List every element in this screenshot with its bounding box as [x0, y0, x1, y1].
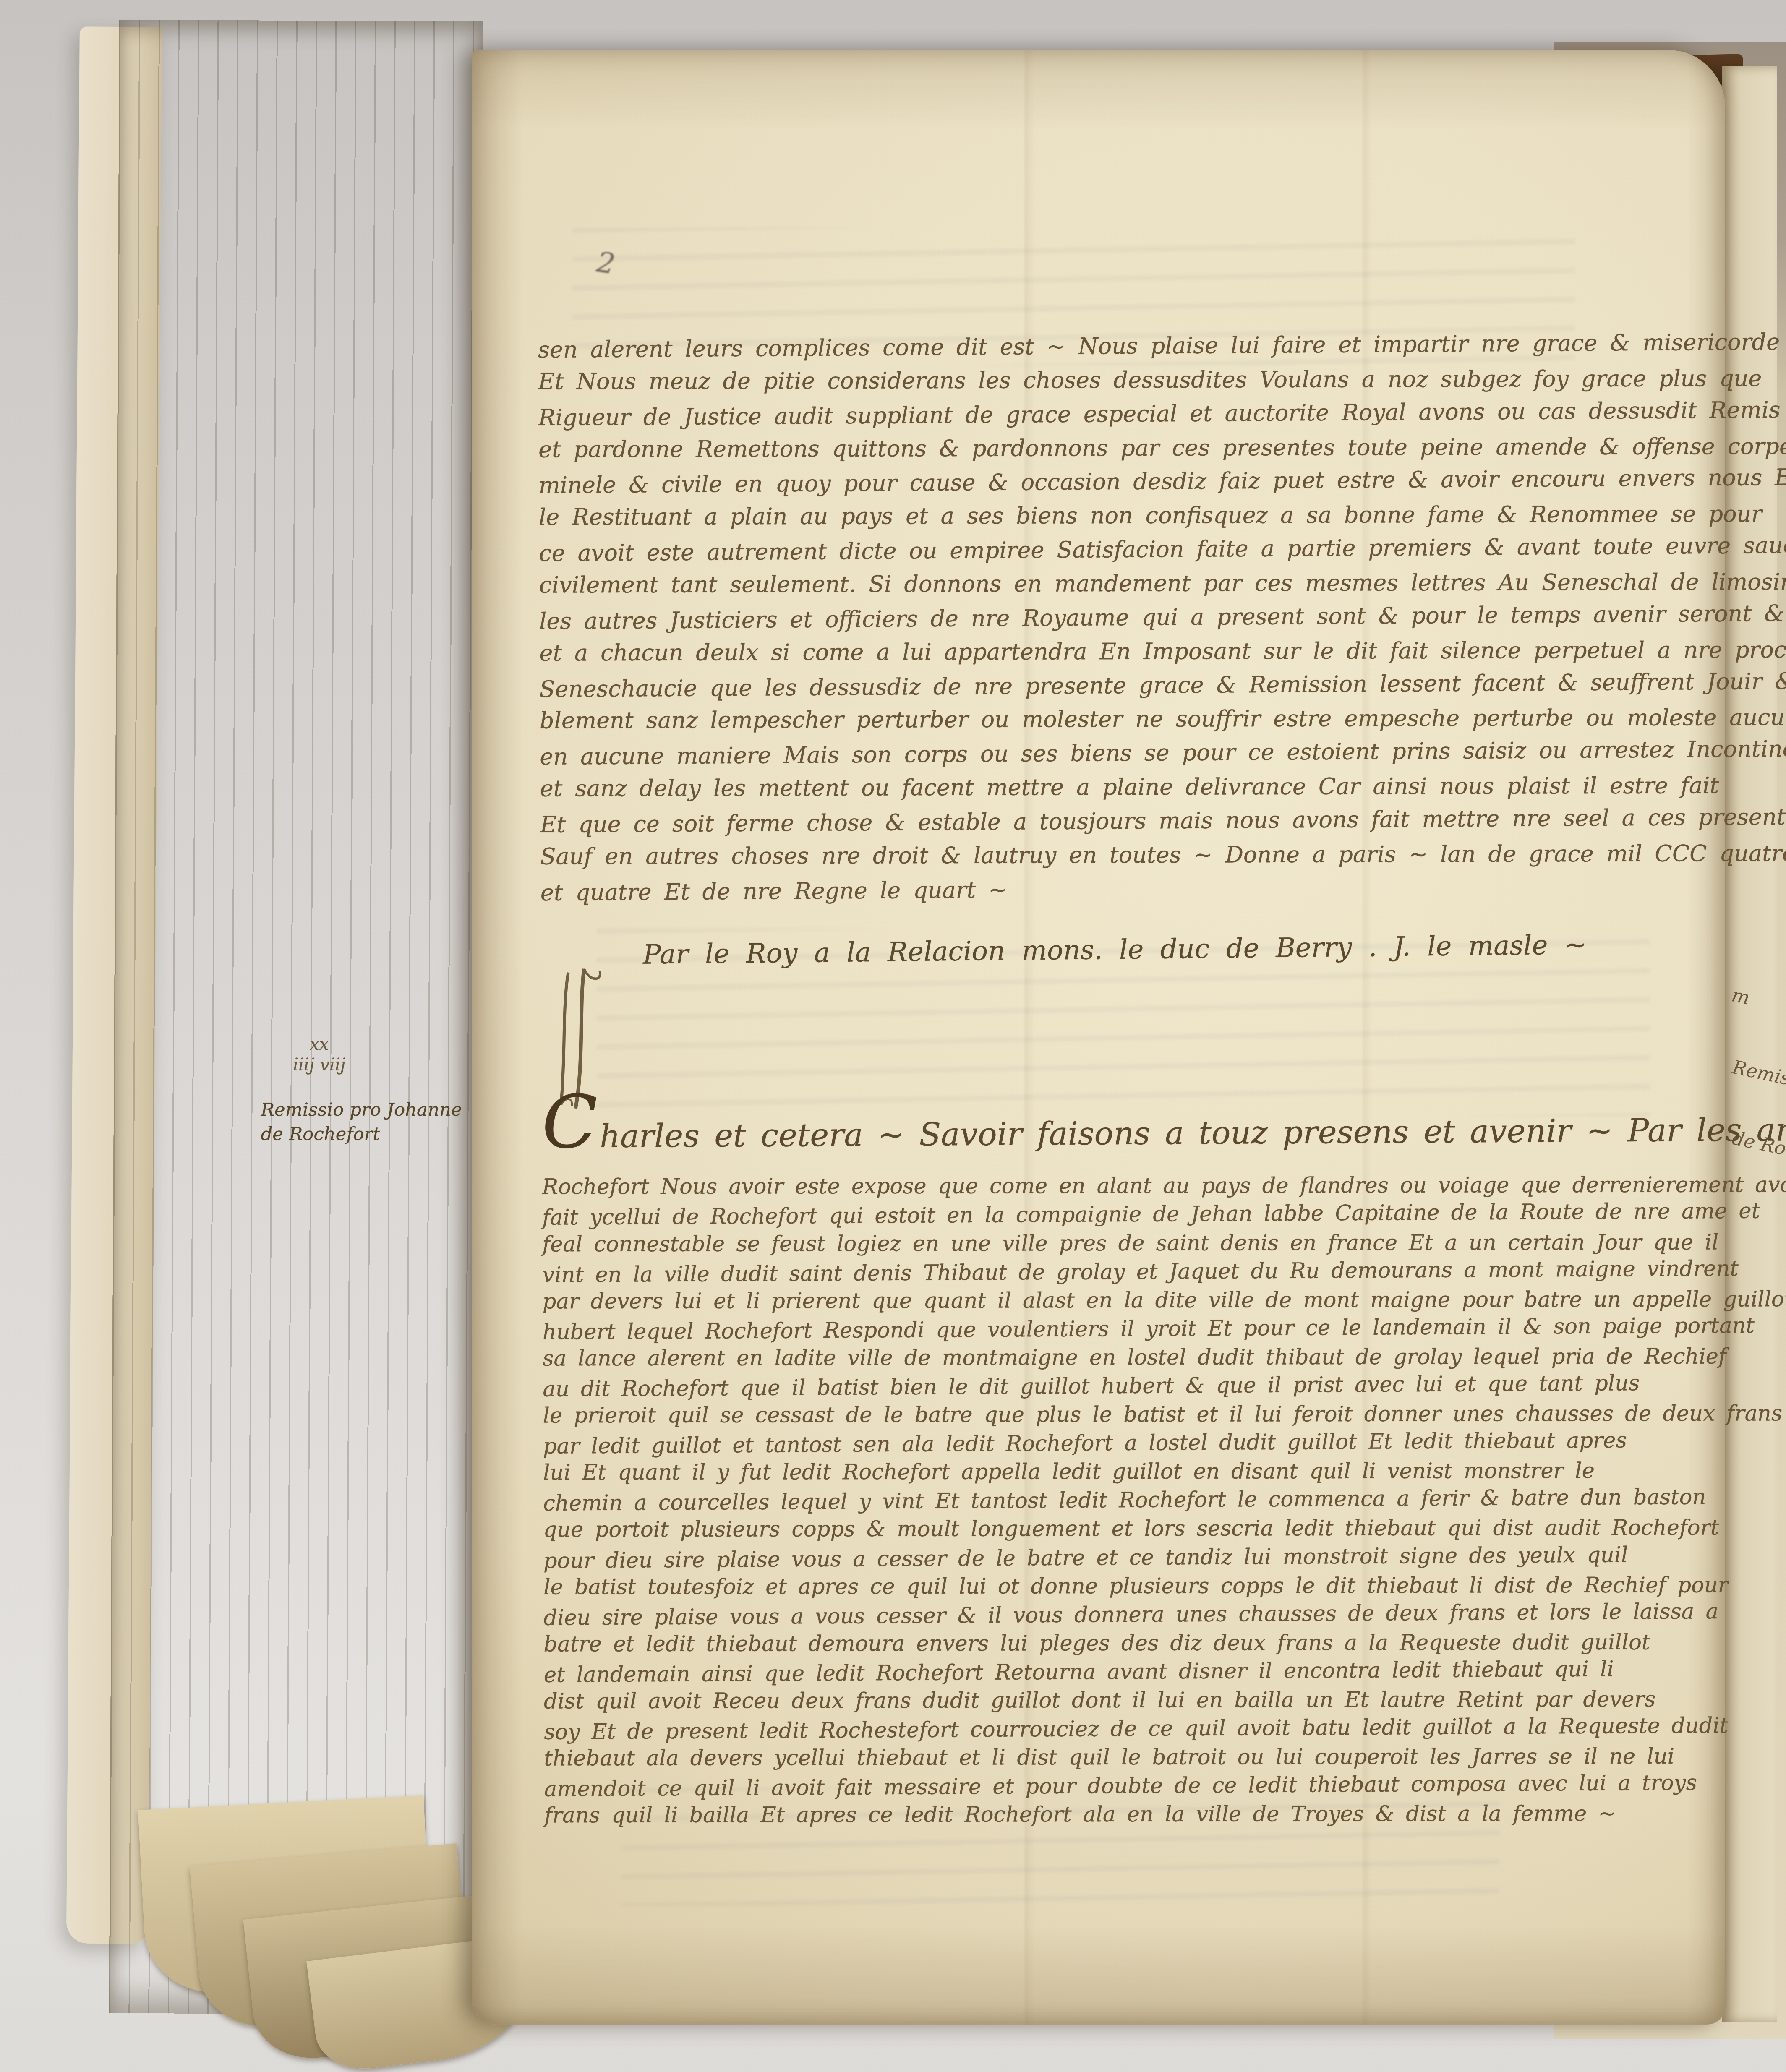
margin-act-number: xx iiij viij: [293, 1034, 345, 1075]
margin-rubric: Remissio pro Johanne de Rochefort: [261, 1098, 462, 1146]
manuscript-line: et quatre Et de nre Regne le quart ~: [540, 869, 1719, 910]
manuscript-line: que portoit plusieurs copps & moult long…: [543, 1514, 1715, 1545]
manuscript-line: Et que ce soit ferme chose & estable a t…: [540, 801, 1719, 842]
manuscript-line: soy Et de present ledit Rochestefort cou…: [544, 1712, 1715, 1747]
manuscript-line: civilement tant seulement. Si donnons en…: [539, 566, 1718, 603]
manuscript-line: pour dieu sire plaise vous a cesser de l…: [543, 1540, 1715, 1576]
manuscript-line: et sanz delay les mettent ou facent mett…: [540, 769, 1719, 806]
manuscript-line: feal connestable se feust logiez en une …: [542, 1228, 1714, 1259]
manuscript-line: lui Et quant il y fut ledit Rochefort ap…: [543, 1457, 1715, 1487]
manuscript-line: amendoit ce quil li avoit fait messaire …: [544, 1769, 1715, 1804]
next-folio-sliver: m Remissi de Ro: [1722, 66, 1777, 2022]
page-edge-stack: [109, 20, 484, 2015]
manuscript-line: le Restituant a plain au pays et a ses b…: [539, 498, 1718, 535]
manuscript-line: les autres Justiciers et officiers de nr…: [539, 597, 1718, 639]
manuscript-line: thiebaut ala devers ycellui thiebaut et …: [544, 1743, 1715, 1773]
edge-text-fragment: m: [1730, 984, 1752, 1009]
manuscript-line: dist quil avoit Receu deux frans dudit g…: [544, 1686, 1715, 1716]
manuscript-line: en aucune maniere Mais son corps ou ses …: [540, 733, 1718, 774]
manuscript-line: Seneschaucie que les dessusdiz de nre pr…: [540, 665, 1718, 707]
manuscript-line: et landemain ainsi que ledit Rochefort R…: [543, 1654, 1715, 1690]
manuscript-line: sen alerent leurs complices come dit est…: [538, 326, 1717, 367]
manuscript-line: et a chacun deulx si come a lui apparten…: [540, 633, 1718, 670]
manuscript-line: dieu sire plaise vous a vous cesser & il…: [543, 1597, 1715, 1633]
manuscript-line: batre et ledit thiebaut demoura envers l…: [543, 1628, 1715, 1659]
manuscript-line: et pardonne Remettons quittons & pardonn…: [538, 430, 1717, 467]
manuscript-line: Sauf en autres choses nre droit & lautru…: [540, 837, 1719, 874]
manuscript-line: fait ycellui de Rochefort qui estoit en …: [542, 1198, 1714, 1233]
manuscript-line: ce avoit este autrement dicte ou empiree…: [539, 529, 1718, 571]
manuscript-line: Rochefort Nous avoir este expose que com…: [542, 1171, 1714, 1202]
manuscript-line: le prieroit quil se cessast de le batre …: [543, 1400, 1714, 1430]
manuscript-photo: m Remissi de Ro 2 sen alerent leurs comp…: [0, 0, 1786, 2072]
manuscript-line: Rigueur de Justice audit suppliant de gr…: [538, 394, 1717, 435]
manuscript-line: minele & civile en quoy pour cause & occ…: [539, 462, 1718, 503]
manuscript-line: sa lance alerent en ladite ville de mont…: [543, 1342, 1714, 1373]
manuscript-line: Et Nous meuz de pitie considerans les ch…: [538, 362, 1717, 399]
manuscript-line: Charles et cetera ~ Savoir faisons a tou…: [541, 1072, 1713, 1166]
margin-number-base: iiij viij: [293, 1054, 345, 1075]
manuscript-line: vint en la ville dudit saint denis Thiba…: [542, 1255, 1714, 1290]
margin-rubric-line: Remissio pro Johanne: [261, 1098, 462, 1122]
manuscript-line: par ledit guillot et tantost sen ala led…: [543, 1426, 1715, 1461]
manuscript-line: par devers lui et li prierent que quant …: [542, 1285, 1714, 1316]
margin-rubric-line: de Rochefort: [261, 1122, 462, 1146]
manuscript-line: blement sanz lempescher perturber ou mol…: [540, 701, 1718, 738]
manuscript-line: hubert lequel Rochefort Respondi que vou…: [543, 1312, 1714, 1347]
manuscript-line: le batist toutesfoiz et apres ce quil lu…: [543, 1571, 1715, 1602]
manuscript-line: frans quil li bailla Et apres ce ledit R…: [544, 1800, 1716, 1830]
manuscript-line: au dit Rochefort que il batist bien le d…: [543, 1369, 1714, 1404]
manuscript-line: chemin a courcelles lequel y vint Et tan…: [543, 1483, 1715, 1519]
act1-block: sen alerent leurs complices come dit est…: [538, 327, 1719, 909]
act2-block: Charles et cetera ~ Savoir faisons a tou…: [542, 1073, 1716, 1831]
margin-number-superscript: xx: [293, 1034, 345, 1054]
